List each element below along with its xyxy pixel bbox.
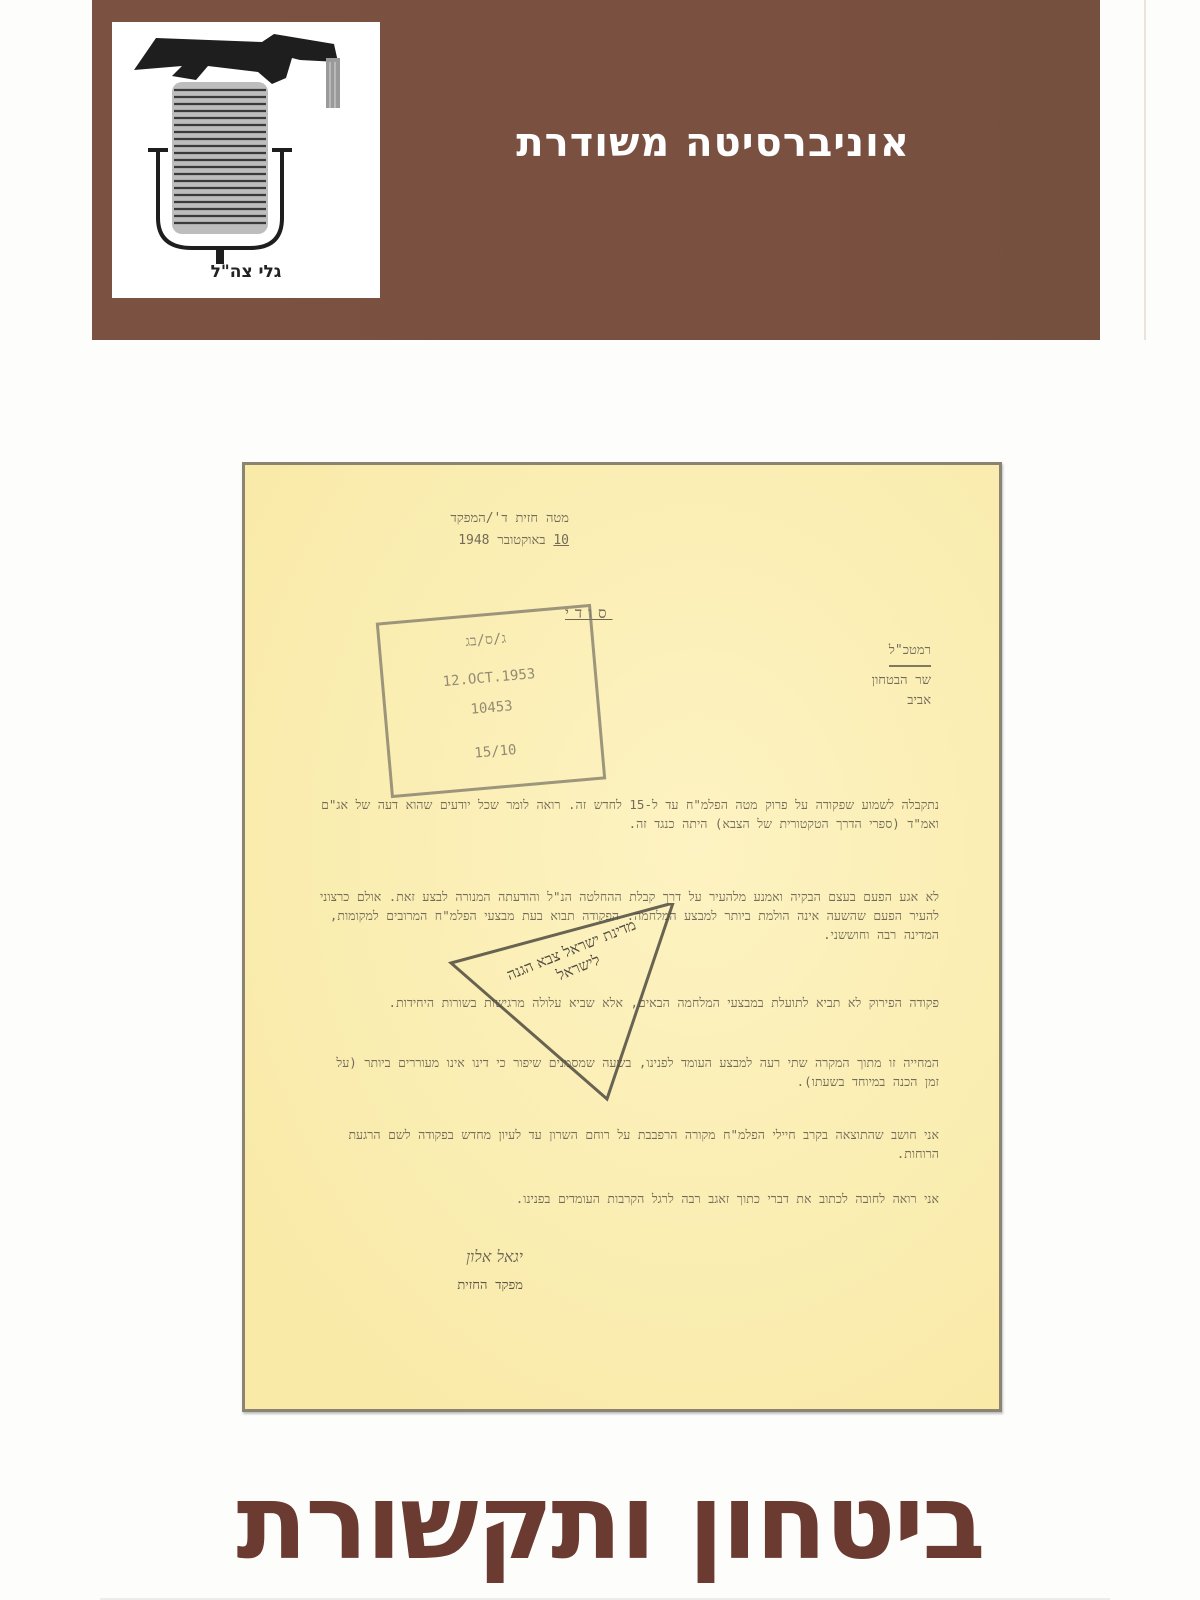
microphone-graduation-cap-icon — [112, 22, 380, 298]
letter-paragraph: אני רואה לחובה לכתוב את דברי כתוך זאגב ר… — [319, 1189, 939, 1208]
stamp-line: 12.OCT.1953 — [384, 661, 595, 695]
letter-date-number: 10 — [553, 533, 569, 548]
series-title: אוניברסיטה משודרת — [380, 120, 910, 166]
logo-caption: גלי צה"ל — [112, 262, 380, 282]
triangle-stamp-icon — [435, 903, 695, 1103]
recipient-line: אביב — [872, 691, 931, 711]
stamp-line: 15/10 — [390, 735, 601, 769]
letter-date: 10 באוקטובר 1948 — [458, 531, 569, 551]
letter-paragraph: נתקבלה לשמוע שפקודה על פרוק מטה הפלמ"ח ע… — [319, 795, 939, 833]
letter-paragraph: אני חושב שהתוצאה בקרב חיילי הפלמ"ח מקורה… — [319, 1125, 939, 1163]
stamp-line: 10453 — [386, 691, 597, 725]
spine-crease — [1144, 0, 1146, 340]
galei-tzahal-logo: גלי צה"ל — [112, 22, 380, 298]
letter-signature: יגאל אלון — [403, 1247, 523, 1267]
recipient-line: רמטכ"ל — [889, 641, 931, 667]
recipient-line: שר הבטחון — [872, 671, 931, 691]
letter-document-image: מטה חזית ד'/המפקד 10 באוקטובר 1948 סודי … — [242, 462, 1002, 1412]
received-stamp: ג/ס/בג 12.OCT.1953 10453 15/10 — [376, 604, 607, 798]
stamp-line: ג/ס/בג — [380, 623, 591, 658]
book-title: ביטחון ותקשורת — [200, 1462, 1020, 1582]
letter-sender-line: מטה חזית ד'/המפקד — [451, 509, 569, 529]
letter-signer-title: מפקד החזית — [403, 1277, 523, 1293]
letter-recipient: רמטכ"ל שר הבטחון אביב — [872, 641, 931, 711]
letter-date-text: באוקטובר 1948 — [458, 533, 545, 548]
